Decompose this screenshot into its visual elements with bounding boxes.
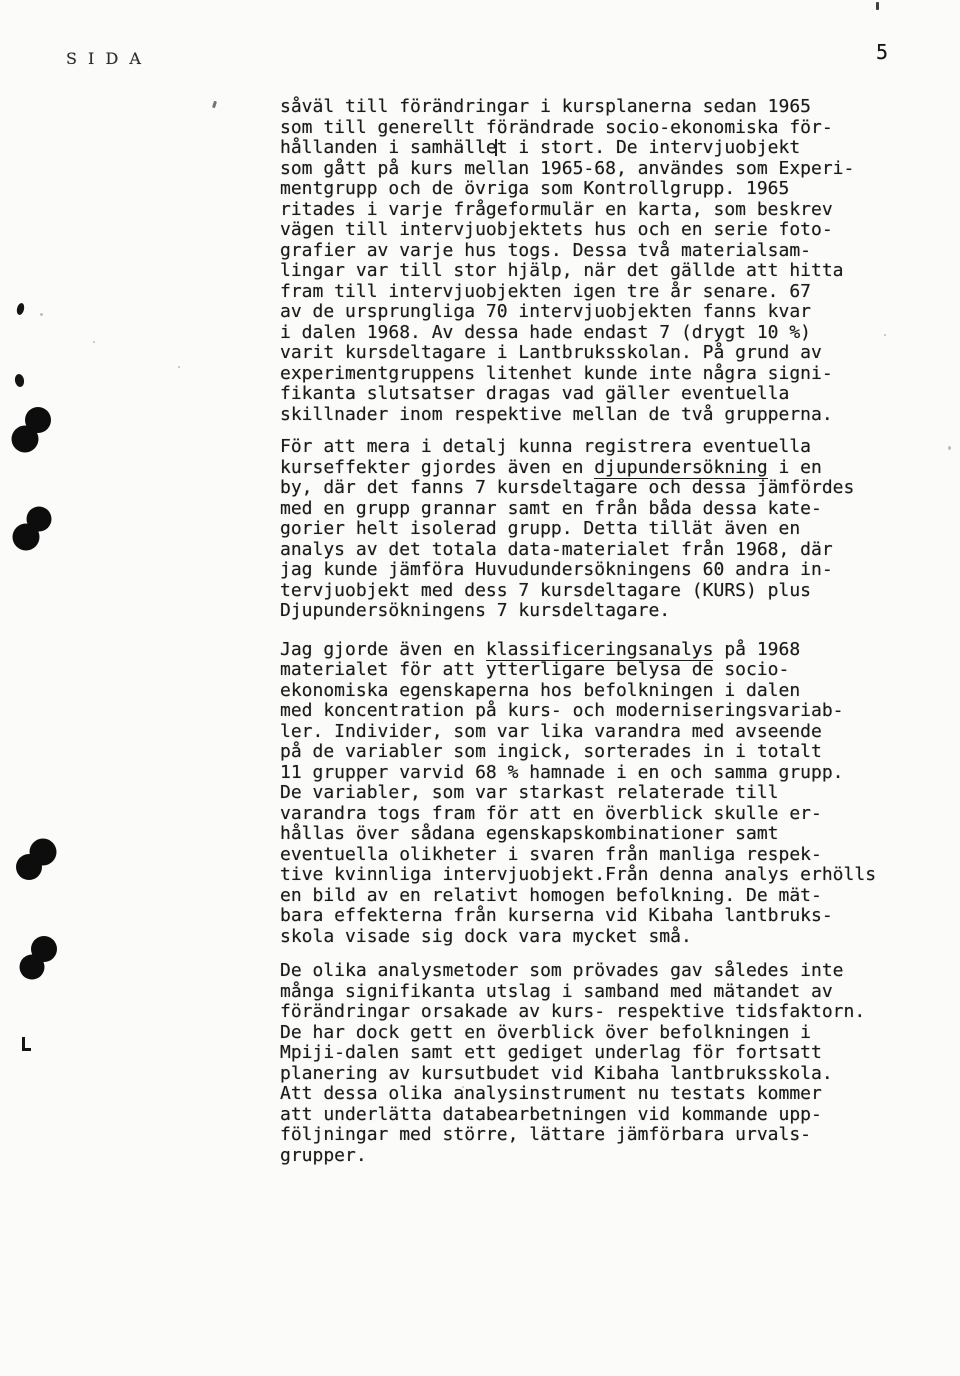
text-line: De olika analysmetoder som prövades gav … [280, 961, 920, 982]
text-line: fram till intervjuobjekten igen tre år s… [280, 282, 920, 303]
text-line: ler. Individer, som var lika varandra me… [280, 722, 920, 743]
text-line: mentgrupp och de övriga som Kontrollgrup… [280, 179, 920, 200]
text-line: experimentgruppens litenhet kunde inte n… [280, 364, 920, 385]
stray-comma-mark [212, 101, 217, 109]
ink-spot-small-1 [16, 302, 26, 315]
stray-l-mark [22, 1037, 31, 1051]
stray-vertical-bar [495, 139, 497, 156]
text-line: förändringar orsakade av kurs- respektiv… [280, 1002, 920, 1023]
text-line: i dalen 1968. Av dessa hade endast 7 (dr… [280, 323, 920, 344]
ink-blob-2 [12, 505, 54, 552]
text-line: tive kvinnliga intervjuobjekt.Från denna… [280, 865, 920, 886]
text-line: skillnader inom respektive mellan de två… [280, 405, 920, 426]
paragraph-3: Jag gjorde även en klassificeringsanalys… [280, 640, 920, 948]
text-line: De har dock gett en överblick över befol… [280, 1023, 920, 1044]
text-line: hållas över sådana egenskapskombinatione… [280, 824, 920, 845]
text-line: Djupundersökningens 7 kursdeltagare. [280, 601, 920, 622]
text-line: grafier av varje hus togs. Dessa två mat… [280, 241, 920, 262]
text-line: tervjuobjekt med dess 7 kursdeltagare (K… [280, 581, 920, 602]
text-line: gorier helt isolerad grupp. Detta tillät… [280, 519, 920, 540]
scan-speck [884, 334, 886, 336]
text-line: 11 grupper varvid 68 % hamnade i en och … [280, 763, 920, 784]
text-line: av de ursprungliga 70 intervjuobjekten f… [280, 302, 920, 323]
text-line: ritades i varje frågeformulär en karta, … [280, 200, 920, 221]
text-line: Jag gjorde även en klassificeringsanalys… [280, 640, 920, 661]
underlined-term: djupundersökning [594, 457, 767, 479]
text-line: jag kunde jämföra Huvudundersökningens 6… [280, 560, 920, 581]
scan-speck [40, 313, 43, 316]
text-line: analys av det totala data-materialet frå… [280, 540, 920, 561]
text-line: materialet för att ytterligare belysa de… [280, 660, 920, 681]
text-line: skola visade sig dock vara mycket små. [280, 927, 920, 948]
text-line: kurseffekter gjordes även en djupundersö… [280, 458, 920, 479]
text-line: eventuella olikheter i svaren från manli… [280, 845, 920, 866]
letterhead-sida: S I D A [66, 49, 144, 68]
paragraph-1: såväl till förändringar i kursplanerna s… [280, 97, 920, 425]
page-number: 5 [876, 40, 888, 64]
scan-speck [462, 1086, 464, 1088]
text-line: många signifikanta utslag i samband med … [280, 982, 920, 1003]
ink-blob-1 [11, 405, 53, 454]
text-line: lingar var till stor hjälp, när det gäll… [280, 261, 920, 282]
scanned-page: S I D A 5 såväl till förändringar i kurs… [0, 0, 960, 1376]
text-line: med koncentration på kurs- och modernise… [280, 701, 920, 722]
text-line: De variabler, som var starkast relaterad… [280, 783, 920, 804]
text-line: med en grupp grannar samt en från båda d… [280, 499, 920, 520]
text-line: grupper. [280, 1146, 920, 1167]
text-line: Mpiji-dalen samt ett gediget underlag fö… [280, 1043, 920, 1064]
text-line: varandra togs fram för att en överblick … [280, 804, 920, 825]
text-line: hållanden i samhället i stort. De interv… [280, 138, 920, 159]
ink-blob-3 [15, 838, 58, 882]
text-line: ekonomiska egenskaperna hos befolkningen… [280, 681, 920, 702]
text-line: som gått på kurs mellan 1965-68, använde… [280, 159, 920, 180]
stray-tick-top-right [876, 2, 879, 10]
text-line: som till generellt förändrade socio-ekon… [280, 118, 920, 139]
scan-speck [178, 366, 180, 368]
paragraph-2: För att mera i detalj kunna registrera e… [280, 437, 920, 622]
text-line: att underlätta databearbetningen vid kom… [280, 1105, 920, 1126]
scan-speck [93, 341, 95, 343]
scan-speck [640, 1118, 642, 1120]
text-line: på de variabler som ingick, sorterades i… [280, 742, 920, 763]
text-line: en bild av en relativt homogen befolknin… [280, 886, 920, 907]
text-line: by, där det fanns 7 kursdeltagare och de… [280, 478, 920, 499]
text-line: följningar med större, lättare jämförbar… [280, 1125, 920, 1146]
text-line: planering av kursutbudet vid Kibaha lant… [280, 1064, 920, 1085]
paragraph-4: De olika analysmetoder som prövades gav … [280, 961, 920, 1166]
text-line: varit kursdeltagare i Lantbruksskolan. P… [280, 343, 920, 364]
text-line: vägen till intervjuobjektets hus och en … [280, 220, 920, 241]
scan-speck [948, 446, 951, 450]
body-text: såväl till förändringar i kursplanerna s… [280, 97, 920, 1166]
text-line: såväl till förändringar i kursplanerna s… [280, 97, 920, 118]
text-line: fikanta slutsatser dragas vad gäller eve… [280, 384, 920, 405]
text-line: För att mera i detalj kunna registrera e… [280, 437, 920, 458]
text-line: bara effekterna från kurserna vid Kibaha… [280, 906, 920, 927]
text-line: Att dessa olika analysinstrument nu test… [280, 1084, 920, 1105]
ink-blob-4 [18, 934, 59, 982]
ink-spot-small-2 [14, 373, 25, 387]
underlined-term: klassificeringsanalys [486, 639, 714, 661]
